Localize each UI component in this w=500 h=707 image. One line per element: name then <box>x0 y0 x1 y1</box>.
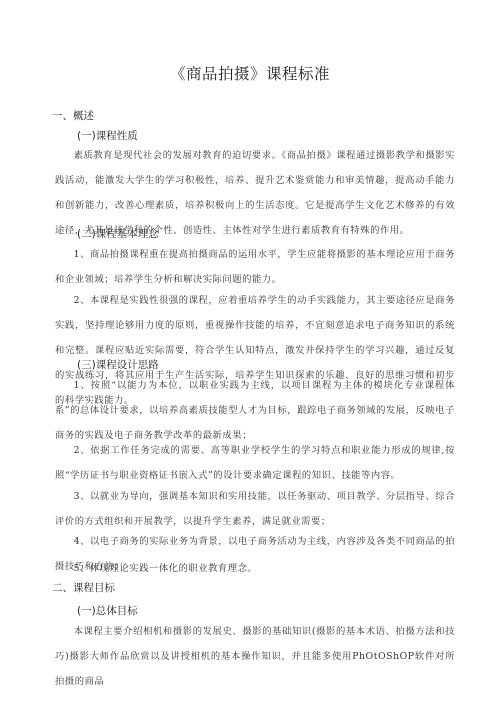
section-heading-overview: 一、概述 <box>52 108 94 123</box>
document-page: 《商品拍摄》课程标准 一、概述 (一)课程性质 素质教育是现代社会的发展对教育的… <box>0 0 500 707</box>
paragraph-overall-objective: 本课程主要介绍相机和摄影的发展史、摄影的基础知识(摄影的基本术语、拍摄方法和技巧… <box>55 619 455 694</box>
subsection-heading-overall-objective: (一)总体目标 <box>77 603 138 618</box>
document-title: 《商品拍摄》课程标准 <box>0 62 500 84</box>
section-heading-course-objectives: 二、课程目标 <box>52 580 115 595</box>
paragraph-design-2: 2、依据工作任务完成的需要、高等职业学校学生的学习特点和职业能力形成的规律,按照… <box>55 438 455 488</box>
subsection-heading-basic-concepts: (二)课程基本理念 <box>77 226 159 241</box>
paragraph-design-1: 1、按照“以能力为本位，以职业实践为主线，以项目课程为主体的模块化专业课程体系”… <box>55 373 455 448</box>
paragraph-design-3: 3、以就业为导向，强调基本知识和实用技能，以任务驱动、项目教学、分层指导、综合评… <box>55 484 455 534</box>
paragraph-concept-1: 1、商品拍摄课程重在提高拍摄商品的运用水平，学生应能将摄影的基本理论应用于商务和… <box>55 242 455 292</box>
subsection-heading-course-nature: (一)课程性质 <box>77 128 138 143</box>
subsection-heading-design-ideas: (三)课程设计思路 <box>77 357 159 372</box>
paragraph-design-5: 5、体现理论实践一体化的职业教育理念。 <box>55 556 455 581</box>
